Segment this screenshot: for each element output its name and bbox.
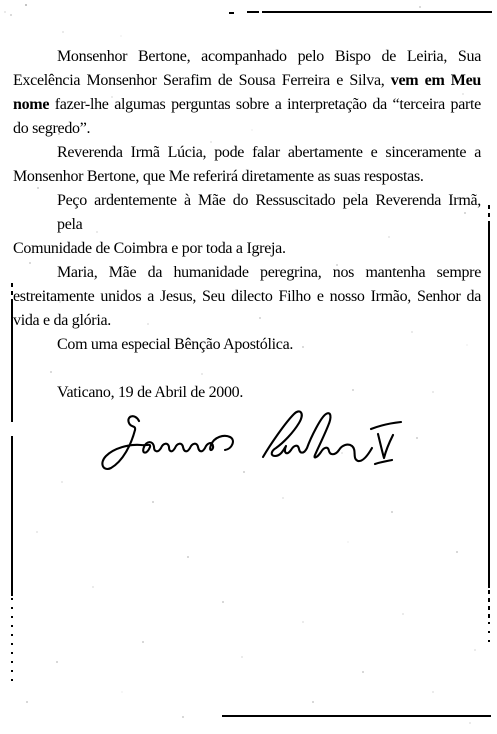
letter-line-text: Peço ardentemente à Mãe do Ressuscitado … [57,192,485,233]
letter-line-text: fazer-lhe algumas perguntas sobre a inte… [49,96,481,113]
letter-line-text: Com uma especial Bênção Apostólica. [57,336,293,353]
dateline: Vaticano, 19 de Abril de 2000. [13,381,481,405]
dateline-text: Vaticano, 19 de Abril de 2000. [57,384,243,401]
letter-line: Monsenhor Bertone, acompanhado pelo Bisp… [13,45,481,69]
letter-line-text: estreitamente unidos a Jesus, Seu dilect… [13,288,481,305]
scan-artifact-left-line-dots [11,598,13,682]
scan-artifact-right-line [488,222,490,588]
letter-line: vida e da glória. [13,309,481,333]
letter-line: Excelência Monsenhor Serafim de Sousa Fe… [13,69,481,93]
scanned-letter-page: Monsenhor Bertone, acompanhado pelo Bisp… [0,0,497,734]
signature-stroke-numeral [378,434,393,458]
scan-artifact-left-line-b [11,436,13,596]
letter-line: Maria, Mãe da humanidade peregrina, nos … [13,261,481,285]
letter-line: do segredo”. [13,117,481,141]
signature-stroke-numeral-underline [375,460,392,464]
signature-stroke-numeral-overbar [371,422,401,429]
letter-line-bold-text: nome [13,96,49,113]
letter-line-text: Maria, Mãe da humanidade peregrina, nos … [57,264,481,281]
letter-line: nome fazer-lhe algumas perguntas sobre a… [13,93,481,117]
scan-artifact-top-rule [262,11,492,13]
letter-line: Com uma especial Bênção Apostólica. [13,333,481,357]
scan-artifact-right-line-dashes [488,205,490,222]
signature-drawing [95,403,405,473]
scan-artifact-right-line-dashes-2 [488,590,490,618]
letter-line-text: Reverenda Irmã Lúcia, pode falar abertam… [57,144,481,161]
letter-line-text: Monsenhor Bertone, que Me referirá diret… [13,168,424,185]
scan-artifact-right-line-dots [488,622,490,648]
letter-line-text: Comunidade de Coimbra e por toda a Igrej… [13,240,286,257]
signature [95,403,405,473]
scan-artifact-bottom-rule [222,715,491,717]
letter-line-text: Excelência Monsenhor Serafim de Sousa Fe… [13,72,391,89]
letter-line: estreitamente unidos a Jesus, Seu dilect… [13,285,481,309]
letter-line: Reverenda Irmã Lúcia, pode falar abertam… [13,141,481,165]
signature-stroke-joannes [102,416,233,469]
letter-line: Monsenhor Bertone, que Me referirá diret… [13,165,481,189]
signature-stroke-paulus [263,411,372,461]
letter-line: Comunidade de Coimbra e por toda a Igrej… [13,237,481,261]
letter-line-text: vida e da glória. [13,312,111,329]
letter-line-text: do segredo”. [13,120,90,137]
letter-body: Monsenhor Bertone, acompanhado pelo Bisp… [13,45,481,405]
letter-line-bold-text: vem em Meu [391,72,481,89]
scan-dust-specks [0,0,2,2]
letter-line-text: Monsenhor Bertone, acompanhado pelo Bisp… [57,48,481,65]
scan-artifact-top-rule-dash-2 [247,11,259,13]
scan-artifact-top-rule-dash-1 [229,12,234,14]
letter-line: Peço ardentemente à Mãe do Ressuscitado … [13,189,481,237]
